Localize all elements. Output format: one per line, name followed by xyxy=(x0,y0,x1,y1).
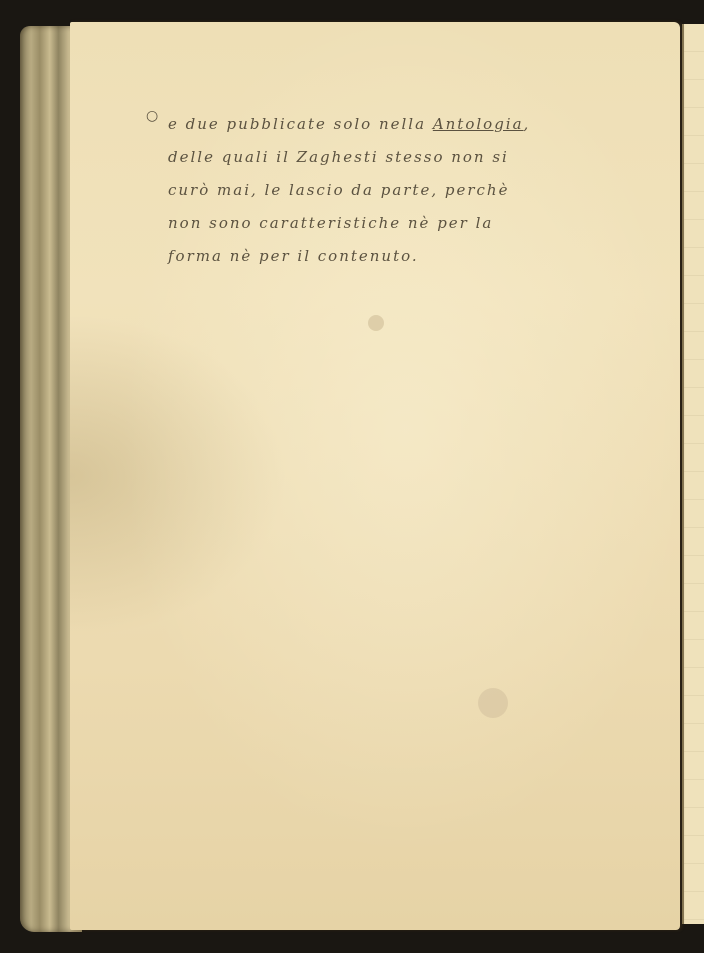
text-line-4: non sono caratteristiche nè per la xyxy=(168,207,588,240)
text-line-2: delle quali il Zaghesti stesso non si xyxy=(168,141,588,174)
line-1-text: e due pubblicate solo nella xyxy=(168,115,433,133)
manuscript-scan: ○ e due pubblicate solo nella Antologia,… xyxy=(0,0,704,953)
text-line-1: e due pubblicate solo nella Antologia, xyxy=(168,108,588,141)
text-line-3: curò mai, le lascio da parte, perchè xyxy=(168,174,588,207)
facing-page-edge xyxy=(682,24,704,924)
handwritten-text: e due pubblicate solo nella Antologia, d… xyxy=(168,108,588,273)
ink-spot xyxy=(478,688,508,718)
text-line-5: forma nè per il contenuto. xyxy=(168,240,588,273)
ink-spot xyxy=(368,315,384,331)
line-1-punct: , xyxy=(524,115,531,133)
margin-mark: ○ xyxy=(146,108,158,124)
underlined-word: Antologia xyxy=(433,115,524,133)
